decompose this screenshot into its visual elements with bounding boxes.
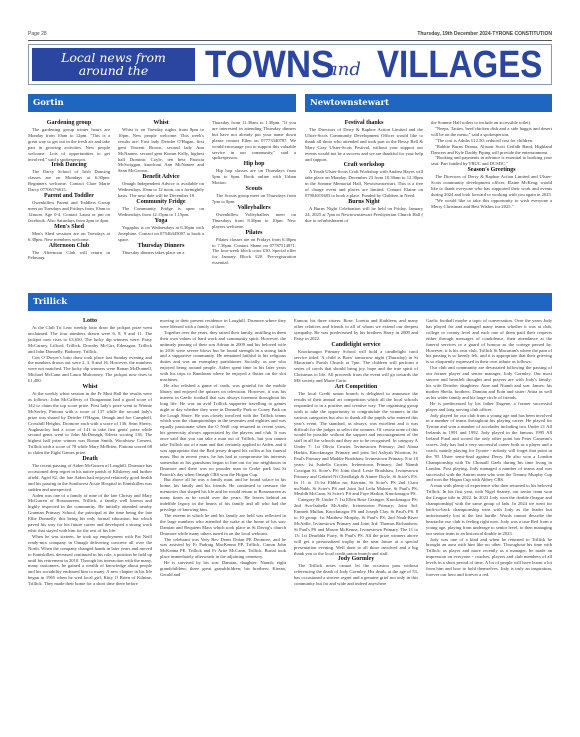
trillick-column-2: moving to their present residence in Lou… [160, 318, 286, 578]
article-paragraph: "Rabbie Burns Drama, Alistair Scott Ceil… [431, 144, 552, 156]
article-heading: Pilates [212, 230, 296, 237]
article-heading: Art Competition [294, 384, 418, 391]
article-heading: Volleyballers [212, 205, 296, 212]
article-paragraph: The recent passing of Aiden McGurren of … [28, 463, 152, 493]
trillick-column-1: LottoAt the Club Tri Leac weekly lotto d… [28, 318, 152, 587]
banner-word-and: and [327, 59, 361, 80]
article-paragraph: Con O Dwyer's lotto draw took place last… [28, 355, 152, 385]
article-paragraph: Aiden was one of a family of nine of the… [28, 493, 152, 534]
article-paragraph: At the Club Tri Leac weekly lotto draw t… [28, 325, 152, 355]
article-heading: Afternoon Club [28, 243, 110, 250]
article-heading: Burns Night [305, 199, 423, 206]
trillick-column-3: Eamon; his three sisters: Rose, Loretta … [294, 318, 418, 587]
article-heading: Irish Dancing [28, 162, 110, 169]
article-paragraph: He also relished a game of cards, was gr… [160, 383, 286, 478]
gortin-column-2: WhistWhist is on Tuesday nights from 8pm… [118, 120, 204, 255]
article-paragraph: The Community Fridge is open on Wednesda… [118, 206, 204, 218]
article-paragraph: moving to their present residence in Lou… [160, 318, 286, 330]
article-paragraph: Pilates classes are on Fridays from 6.30… [212, 237, 296, 267]
page-header: Page 28 Thursday, 19th December 2024-TYR… [28, 27, 552, 41]
banner-word-villages: VILLAGES [377, 45, 542, 85]
section-header-gortin: Gortin [28, 94, 296, 112]
article-heading: Benefit Advice [118, 174, 204, 181]
article-heading: Craft workshop [305, 162, 423, 169]
article-heading: Men's Shed [28, 224, 110, 231]
article-paragraph: Owenkillew Parent and Toddlers Group mee… [28, 200, 110, 224]
banner-word-towns: TOWNS [205, 45, 334, 85]
article-paragraph: Eamon; his three sisters: Rose, Loretta … [294, 318, 418, 342]
article-paragraph: Thursday dinners takes place on a [118, 250, 204, 256]
article-paragraph: Knockmagor Primary School will hold a ca… [294, 349, 418, 384]
banner-tagline: Local news from around the [32, 48, 195, 81]
article-paragraph: Gaelic football maybe a topic of convers… [426, 318, 552, 365]
article-paragraph: Jody played for our club from a young ag… [426, 413, 552, 484]
article-paragraph: The esteem in which he and his family ar… [160, 513, 286, 537]
trillick-column-4: Gaelic football maybe a topic of convers… [426, 318, 552, 578]
article-paragraph: Jody was one of a kind and when he retur… [426, 537, 552, 578]
article-paragraph: "Booking and payments in advance is esse… [431, 155, 552, 167]
article-paragraph: The Directors of Derry & Raphoe Action L… [431, 174, 552, 198]
article-paragraph: Owenkillew Volleyballers meet on Thursda… [212, 212, 296, 230]
article-paragraph: The Directors of Derry & Raphoe Action L… [305, 127, 423, 162]
article-heading: Season's Greetings [431, 167, 552, 174]
article-heading: Whist [28, 384, 152, 391]
article-heading: Community Fridge [118, 199, 204, 206]
article-heading: Yoga [118, 218, 204, 225]
article-paragraph: Yogaplus is on Wednesdays at 6.30pm with… [118, 225, 204, 243]
article-paragraph: Hip hop classes are on Thursdays from 5p… [212, 168, 296, 186]
article-heading: Jody Gormley [294, 556, 418, 563]
article-paragraph: Men's Shed sessions are on Tuesdays at 6… [28, 231, 110, 243]
article-paragraph: The gardening group winter hours are Mon… [28, 127, 110, 162]
article-paragraph: Our club and community are devastated fo… [426, 365, 552, 400]
article-paragraph: "We would like to take this opportunity … [431, 198, 552, 210]
article-heading: Parent and Toddler [28, 193, 110, 200]
newtownstewart-column-1: Festival thanksThe Directors of Derry & … [305, 120, 423, 224]
article-paragraph: A Youth Ulster-Scots Craft Workshop with… [305, 169, 423, 199]
article-paragraph: When he was sixteen, he took up employme… [28, 534, 152, 587]
newtownstewart-column-2: the Somme Hall toilets to include an acc… [431, 120, 552, 210]
gortin-column-1: Gardening groupThe gardening group winte… [28, 120, 110, 261]
article-paragraph: But above all he was a family man, and h… [160, 477, 286, 512]
article-paragraph: Thursday from 11.30am to 1.30pm. "If you… [212, 120, 296, 161]
article-paragraph: Omagh Independent Advice is available on… [118, 181, 204, 199]
article-heading: Scouts [212, 186, 296, 193]
dateline: Thursday, 19th December 2024-TYRONE CONS… [417, 31, 552, 37]
article-paragraph: A Burns Night Celebration will be held o… [305, 206, 423, 224]
gortin-column-3: Thursday from 11.30am to 1.30pm. "If you… [212, 120, 296, 266]
article-paragraph: The Darcy School of Irish Dancing classe… [28, 169, 110, 193]
article-paragraph: He is survived by his son: Damian, daugh… [160, 560, 286, 578]
article-heading: Whist [118, 120, 204, 127]
article-paragraph: Whist is on Tuesday nights from 8pm to 1… [118, 127, 204, 174]
article-paragraph: The Scouts group meet on Thursdays from … [212, 193, 296, 205]
article-heading: Death [28, 456, 152, 463]
article-paragraph: Together over the years, they raised the… [160, 330, 286, 383]
article-heading: Festival thanks [305, 120, 423, 127]
article-paragraph: "Neeps, Tatties, beef/chicken dish and a… [431, 126, 552, 138]
article-heading: Lotto [28, 318, 152, 325]
article-heading: Gardening group [28, 120, 110, 127]
article-paragraph: He is predeceased by his father Eugene, … [426, 401, 552, 413]
article-paragraph: The Trillick notes cannot let the occasi… [294, 563, 418, 587]
article-heading: Hip hop [212, 161, 296, 168]
article-paragraph: The celebrant was Very Rev Denis Dolan P… [160, 537, 286, 561]
article-paragraph: A man with plenty of experience who then… [426, 483, 552, 536]
tagline-line2: around the [32, 64, 195, 77]
article-paragraph: At the weekly whist session in the Fr Mu… [28, 391, 152, 456]
article-paragraph: Category B: Under 7: 1st Ellen Rose Grai… [294, 497, 418, 556]
section-header-newtownstewart: Newtownstewart [305, 94, 552, 112]
article-heading: Thursday Dinners [118, 243, 204, 250]
article-paragraph: The Afternoon Club will return in Februa… [28, 250, 110, 262]
article-heading: Candlelight service [294, 342, 418, 349]
section-header-trillick: Trillick [28, 293, 552, 311]
article-paragraph: The local Credit union branch is delight… [294, 391, 418, 497]
towns-villages-banner: Local news from around the TOWNS and VIL… [28, 44, 552, 85]
page-number: Page 28 [28, 31, 47, 37]
